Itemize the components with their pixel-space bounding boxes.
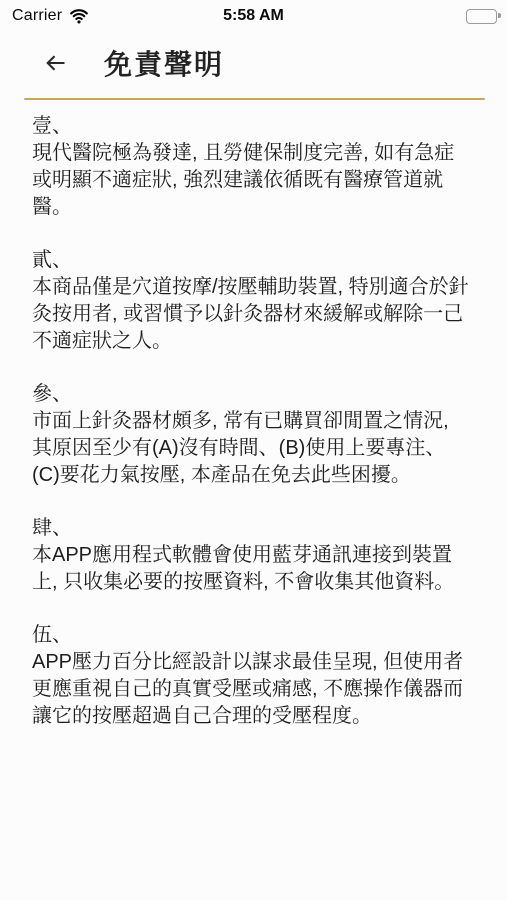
disclaimer-section: 壹、 現代醫院極為發達, 且勞健保制度完善, 如有急症或明顯不適症狀, 強烈建議… [32,113,473,221]
disclaimer-section: 伍、 APP壓力百分比經設計以謀求最佳呈現, 但使用者更應重視自己的真實受壓或痛… [32,622,473,730]
clock-label: 5:58 AM [0,7,507,25]
section-text: 市面上針灸器材頗多, 常有已購買卻閒置之情況, 其原因至少有(A)沒有時間、(B… [32,408,473,489]
section-text: 本APP應用程式軟體會使用藍芽通訊連接到裝置上, 只收集必要的按壓資料, 不會收… [32,542,473,596]
section-number: 肆、 [32,515,473,542]
section-text: 本商品僅是穴道按摩/按壓輔助裝置, 特別適合於針灸按用者, 或習慣予以針灸器材來… [32,274,473,355]
disclaimer-content: 壹、 現代醫院極為發達, 且勞健保制度完善, 如有急症或明顯不適症狀, 強烈建議… [0,100,507,730]
app-bar: 免責聲明 [0,30,507,96]
section-text: APP壓力百分比經設計以謀求最佳呈現, 但使用者更應重視自己的真實受壓或痛感, … [32,649,473,730]
section-number: 貳、 [32,247,473,274]
disclaimer-section: 參、 市面上針灸器材頗多, 常有已購買卻閒置之情況, 其原因至少有(A)沒有時間… [32,381,473,489]
arrow-left-icon [41,51,70,75]
section-number: 伍、 [32,622,473,649]
disclaimer-section: 肆、 本APP應用程式軟體會使用藍芽通訊連接到裝置上, 只收集必要的按壓資料, … [32,515,473,596]
section-number: 壹、 [32,113,473,140]
status-bar: Carrier 5:58 AM [0,0,507,30]
section-number: 參、 [32,381,473,408]
section-text: 現代醫院極為發達, 且勞健保制度完善, 如有急症或明顯不適症狀, 強烈建議依循既… [32,140,473,221]
page-title: 免責聲明 [104,43,224,83]
back-button[interactable] [38,46,72,80]
disclaimer-screen: { "status_bar": { "carrier": "Carrier", … [0,0,507,900]
disclaimer-section: 貳、 本商品僅是穴道按摩/按壓輔助裝置, 特別適合於針灸按用者, 或習慣予以針灸… [32,247,473,355]
battery-icon [466,9,497,24]
